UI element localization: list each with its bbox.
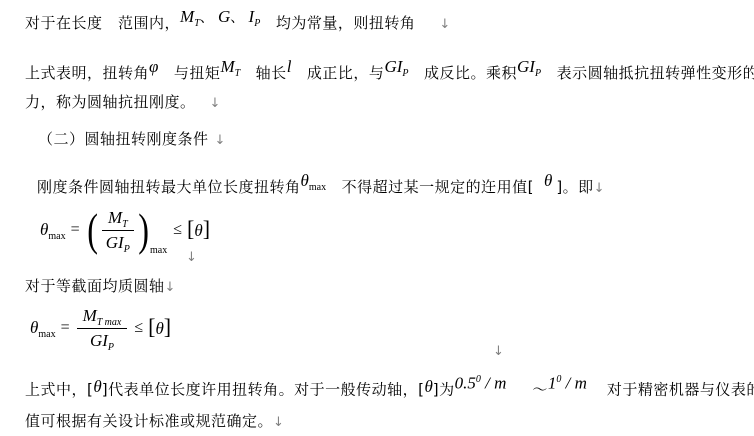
value-range-high: 10 / m xyxy=(548,370,587,394)
line-break-arrow-icon: ↓ xyxy=(493,344,504,359)
paragraph-4: 刚度条件圆轴扭转最大单位长度扭转角θmax 不得超过某一规定的迕用值[θ]。即↓ xyxy=(37,177,605,200)
paragraph-5: 对于等截面均质圆轴↓ xyxy=(25,276,175,298)
line-break-arrow-icon: ↓ xyxy=(186,250,197,265)
paragraph-2-line-1: 上式表明，扭转角φ 与扭矩MT 轴长l 成正比，与GIP 成反比。乘积GIP 表… xyxy=(25,63,754,86)
fraction-MTmax-over-GIP: MT max GIP xyxy=(77,305,128,351)
p1-text-1: 对于在长度 范围内， xyxy=(25,14,180,32)
tilde: ～ xyxy=(532,381,548,399)
line-break-arrow-icon: ↓ xyxy=(273,415,284,430)
formula-uniform-shaft: θmax = MT max GIP ≤ [θ] xyxy=(30,307,171,349)
section-heading: （二）圆轴扭转刚度条件↓ xyxy=(38,129,225,151)
math-theta: θ xyxy=(93,377,101,396)
allowable-theta: [θ] xyxy=(187,219,210,241)
math-l: l xyxy=(287,57,292,77)
math-theta: θ xyxy=(424,377,432,396)
math-theta-max: θmax xyxy=(40,220,66,240)
line-break-arrow-icon: ↓ xyxy=(165,280,176,295)
allowable-theta: [θ] xyxy=(148,317,171,339)
math-theta: θ xyxy=(544,171,552,191)
math-theta-max: θmax xyxy=(301,171,327,194)
line-break-arrow-icon: ↓ xyxy=(594,181,605,196)
math-GIP-1: GIP xyxy=(384,57,408,80)
subscript-max: max xyxy=(150,245,167,256)
paragraph-1: 对于在长度 范围内，MT、 G、 IP 均为常量，则扭转角↓ xyxy=(25,13,450,36)
line-break-arrow-icon: ↓ xyxy=(439,17,450,32)
value-range-low: 0.50 / m xyxy=(455,370,507,394)
math-phi: φ xyxy=(149,57,158,77)
math-theta-max: θmax xyxy=(30,318,56,338)
paragraph-6-line-2: 值可根据有关设计标准或规范确定。↓ xyxy=(25,411,284,433)
p1-text-2: 均为常量，则扭转角 xyxy=(260,14,415,32)
left-paren: ( xyxy=(87,210,98,250)
math-MT-G-IP: MT、 G、 IP xyxy=(180,7,260,30)
line-break-arrow-icon: ↓ xyxy=(210,96,221,111)
math-MT: MT xyxy=(220,57,240,80)
right-paren: ) xyxy=(138,210,149,250)
math-GIP-2: GIP xyxy=(517,57,541,80)
formula-stiffness-condition: θmax = ( MT GIP ) max ≤ [θ] xyxy=(40,208,210,252)
paragraph-6-line-1: 上式中，[θ]代表单位长度许用扭转角。对于一般传动轴，[θ]为0.50 / m～… xyxy=(25,376,754,400)
line-break-arrow-icon: ↓ xyxy=(215,133,226,148)
document-page: 对于在长度 范围内，MT、 G、 IP 均为常量，则扭转角↓ 上式表明，扭转角φ… xyxy=(0,0,754,436)
fraction-MT-over-GIP: MT GIP xyxy=(102,207,134,253)
paragraph-2-line-2: 力，称为圆轴抗扭刚度。↓ xyxy=(25,92,220,114)
